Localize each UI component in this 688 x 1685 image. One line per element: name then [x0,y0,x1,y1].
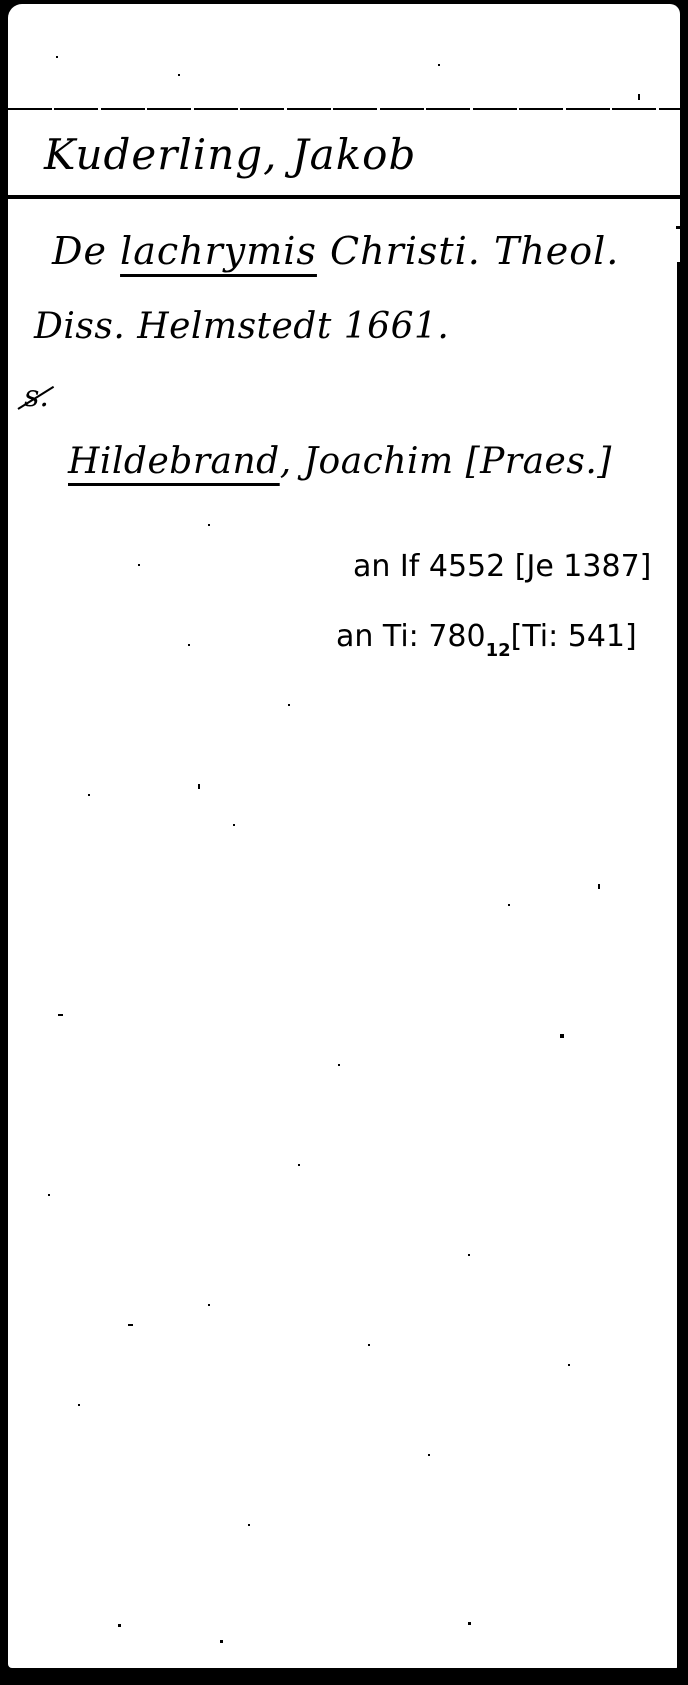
scan-speck [233,824,235,826]
scan-speck [78,1404,80,1406]
see-marker-text: s. [24,379,49,414]
scan-speck [128,1324,133,1326]
scan-speck [48,1194,50,1196]
scan-speck [598,884,600,889]
see-reference-surname: Hildebrand [68,441,280,482]
see-reference-rest: , Joachim [Praes.] [280,441,612,482]
scan-speck [208,524,210,526]
author-name: Kuderling, Jakob [44,130,416,179]
scan-speck [338,1064,340,1066]
scan-speck [508,904,510,906]
shelfmark-2-bracket: [Ti: 541] [511,619,637,654]
scan-speck [198,784,200,789]
scan-speck [248,1524,250,1526]
scan-speck [118,1624,121,1627]
scan-speck [56,56,58,58]
title-line-1: De lachrymis Christi. Theol. [52,232,619,270]
dissertation-note: Diss. Helmstedt 1661. [34,306,449,347]
scan-speck [468,1622,471,1625]
scan-speck [88,794,90,796]
shelfmark-1-text: an If 4552 [Je 1387] [353,549,651,584]
scan-speck [438,64,440,66]
scan-speck [638,94,640,100]
scan-speck [138,564,140,566]
see-reference-target: Hildebrand, Joachim [Praes.] [68,444,612,480]
heading-top-rule [8,108,680,110]
shelfmark-2-subscript: 12 [486,640,511,661]
scan-speck [568,1364,570,1366]
title-keyword-underlined: lachrymis [120,229,317,273]
shelfmark-2: an Ti: 78012[Ti: 541] [336,622,637,660]
see-reference-marker: s. [24,382,49,412]
shelfmark-2-main: an Ti: 780 [336,619,486,654]
scan-speck [208,1304,210,1306]
scan-edge-mark [676,226,688,229]
scan-speck [178,74,180,76]
catalog-card: Kuderling, Jakob De lachrymis Christi. T… [8,4,680,1668]
scan-speck [298,1164,300,1166]
title-suffix: Christi. Theol. [317,229,619,273]
author-heading: Kuderling, Jakob [44,134,416,176]
scan-edge-shadow [677,262,688,1685]
shelfmark-1: an If 4552 [Je 1387] [353,552,651,582]
heading-bottom-rule [8,195,680,199]
scan-speck [288,704,290,706]
scan-speck [188,644,190,646]
scan-speck [468,1254,470,1256]
title-line-2: Diss. Helmstedt 1661. [34,309,449,345]
title-prefix: De [52,229,120,273]
scan-speck [560,1034,564,1038]
scan-speck [428,1454,430,1456]
scan-speck [220,1640,223,1643]
scan-speck [58,1014,63,1016]
scan-speck [368,1344,370,1346]
